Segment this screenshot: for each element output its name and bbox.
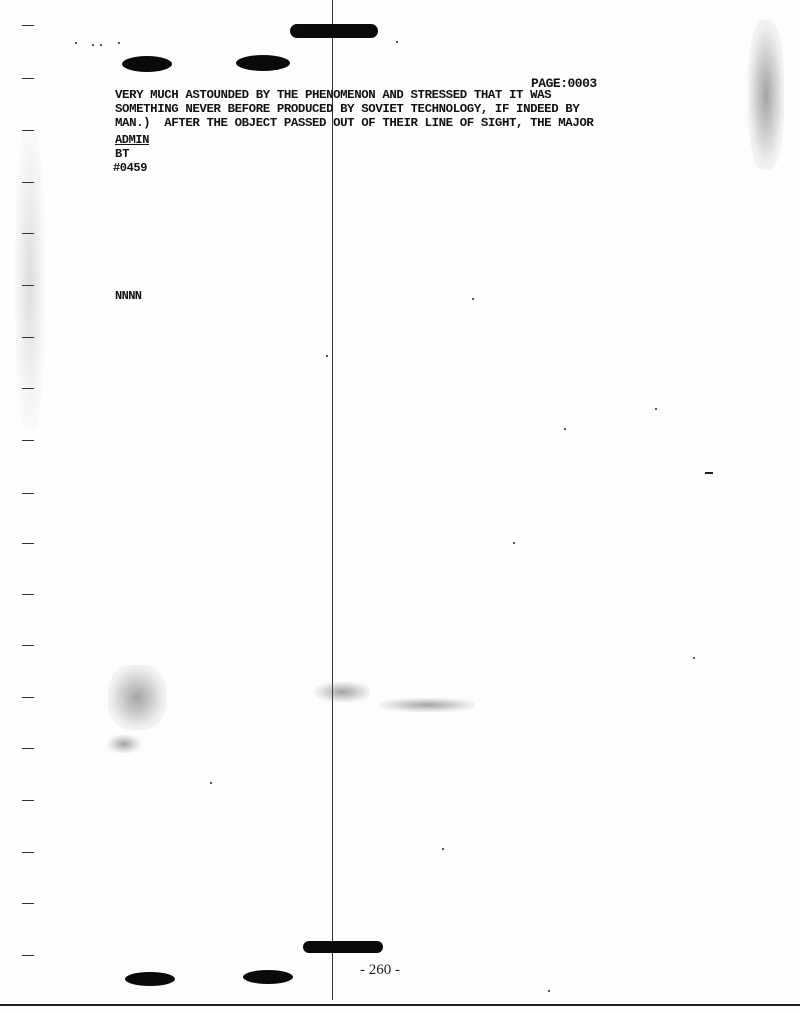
margin-mark bbox=[22, 955, 34, 956]
scan-smudge bbox=[380, 698, 475, 712]
speck bbox=[564, 428, 566, 430]
speck bbox=[75, 42, 77, 44]
speck bbox=[396, 41, 398, 43]
margin-mark bbox=[22, 543, 34, 544]
margin-mark bbox=[22, 233, 34, 234]
margin-mark bbox=[22, 800, 34, 801]
scan-smudge bbox=[108, 735, 140, 753]
scan-smudge bbox=[108, 665, 166, 730]
page-bottom-edge bbox=[0, 1004, 800, 1006]
speck bbox=[92, 44, 94, 46]
margin-mark bbox=[22, 493, 34, 494]
margin-mark bbox=[22, 440, 34, 441]
redaction-top-center bbox=[290, 24, 378, 38]
speck bbox=[100, 44, 102, 46]
scanned-document-page: PAGE:0003 VERY MUCH ASTOUNDED BY THE PHE… bbox=[0, 0, 800, 1013]
break-marker: BT bbox=[115, 147, 129, 161]
speck bbox=[118, 42, 120, 44]
scan-smudge bbox=[15, 130, 45, 430]
speck bbox=[693, 657, 695, 659]
margin-mark bbox=[22, 903, 34, 904]
speck bbox=[472, 298, 474, 300]
redaction-header-right bbox=[236, 55, 290, 71]
scan-smudge bbox=[315, 682, 370, 702]
admin-label: ADMIN bbox=[115, 133, 149, 147]
message-number: #0459 bbox=[113, 161, 147, 175]
margin-mark bbox=[22, 25, 34, 26]
speck bbox=[326, 355, 328, 357]
margin-mark bbox=[22, 285, 34, 286]
margin-mark bbox=[22, 594, 34, 595]
margin-mark bbox=[22, 78, 34, 79]
speck bbox=[442, 848, 444, 850]
speck bbox=[655, 408, 657, 410]
margin-mark bbox=[22, 645, 34, 646]
redaction-footer-right bbox=[243, 970, 293, 984]
redaction-bottom-center bbox=[303, 941, 383, 953]
redaction-footer-left bbox=[125, 972, 175, 986]
margin-mark bbox=[22, 388, 34, 389]
speck bbox=[513, 542, 515, 544]
margin-mark bbox=[22, 697, 34, 698]
footer-page-number: - 260 - bbox=[360, 962, 400, 979]
speck bbox=[210, 782, 212, 784]
message-body: VERY MUCH ASTOUNDED BY THE PHENOMENON AN… bbox=[115, 88, 593, 130]
body-line: VERY MUCH ASTOUNDED BY THE PHENOMENON AN… bbox=[115, 88, 593, 102]
speck bbox=[705, 472, 713, 474]
fold-line bbox=[332, 0, 333, 1000]
margin-mark bbox=[22, 852, 34, 853]
margin-mark bbox=[22, 748, 34, 749]
body-line: MAN.) AFTER THE OBJECT PASSED OUT OF THE… bbox=[115, 116, 593, 130]
redaction-header-left bbox=[122, 56, 172, 72]
margin-mark bbox=[22, 337, 34, 338]
scan-smudge bbox=[748, 20, 784, 170]
body-line: SOMETHING NEVER BEFORE PRODUCED BY SOVIE… bbox=[115, 102, 593, 116]
margin-mark bbox=[22, 182, 34, 183]
margin-mark bbox=[22, 130, 34, 131]
end-of-message-marker: NNNN bbox=[115, 289, 141, 303]
speck bbox=[548, 990, 550, 992]
